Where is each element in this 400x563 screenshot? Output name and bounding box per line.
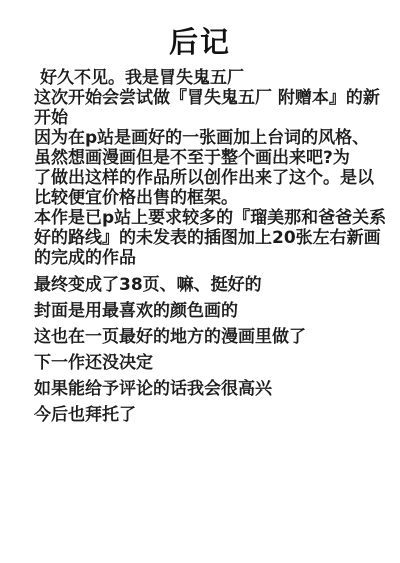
afterword-body-top: 好久不见。我是冒失鬼五厂 这次开始会尝试做『冒失鬼五厂 附赠本』的新 开始 因为…: [0, 68, 400, 268]
afterword-line: 虽然想画漫画但是不至于整个画出来吧?为: [34, 148, 384, 168]
afterword-line: 好久不见。我是冒失鬼五厂: [34, 68, 384, 88]
afterword-line: 开始: [34, 108, 384, 128]
afterword-line: 封面是用最喜欢的颜色画的: [34, 298, 384, 324]
afterword-line: 今后也拜托了: [34, 402, 384, 428]
afterword-line: 了做出这样的作品所以创作出来了这个。是以: [34, 168, 384, 188]
afterword-line: 下一作还没决定: [34, 350, 384, 376]
afterword-line: 的完成的作品: [34, 248, 384, 268]
afterword-body-bottom: 最终变成了38页、嘛、挺好的 封面是用最喜欢的颜色画的 这也在一页最好的地方的漫…: [0, 272, 400, 428]
afterword-line: 本作是已p站上要求较多的『瑠美那和爸爸关系: [34, 208, 384, 228]
afterword-line: 如果能给予评论的话我会很高兴: [34, 376, 384, 402]
afterword-line: 这也在一页最好的地方的漫画里做了: [34, 324, 384, 350]
afterword-page: 后记 好久不见。我是冒失鬼五厂 这次开始会尝试做『冒失鬼五厂 附赠本』的新 开始…: [0, 0, 400, 563]
afterword-line: 这次开始会尝试做『冒失鬼五厂 附赠本』的新: [34, 88, 384, 108]
afterword-line: 因为在p站是画好的一张画加上台词的风格、: [34, 128, 384, 148]
afterword-line: 好的路线』的未发表的插图加上20张左右新画: [34, 228, 384, 248]
afterword-title: 后记: [0, 26, 400, 58]
afterword-line: 最终变成了38页、嘛、挺好的: [34, 272, 384, 298]
afterword-line: 比较便宜价格出售的框架。: [34, 188, 384, 208]
